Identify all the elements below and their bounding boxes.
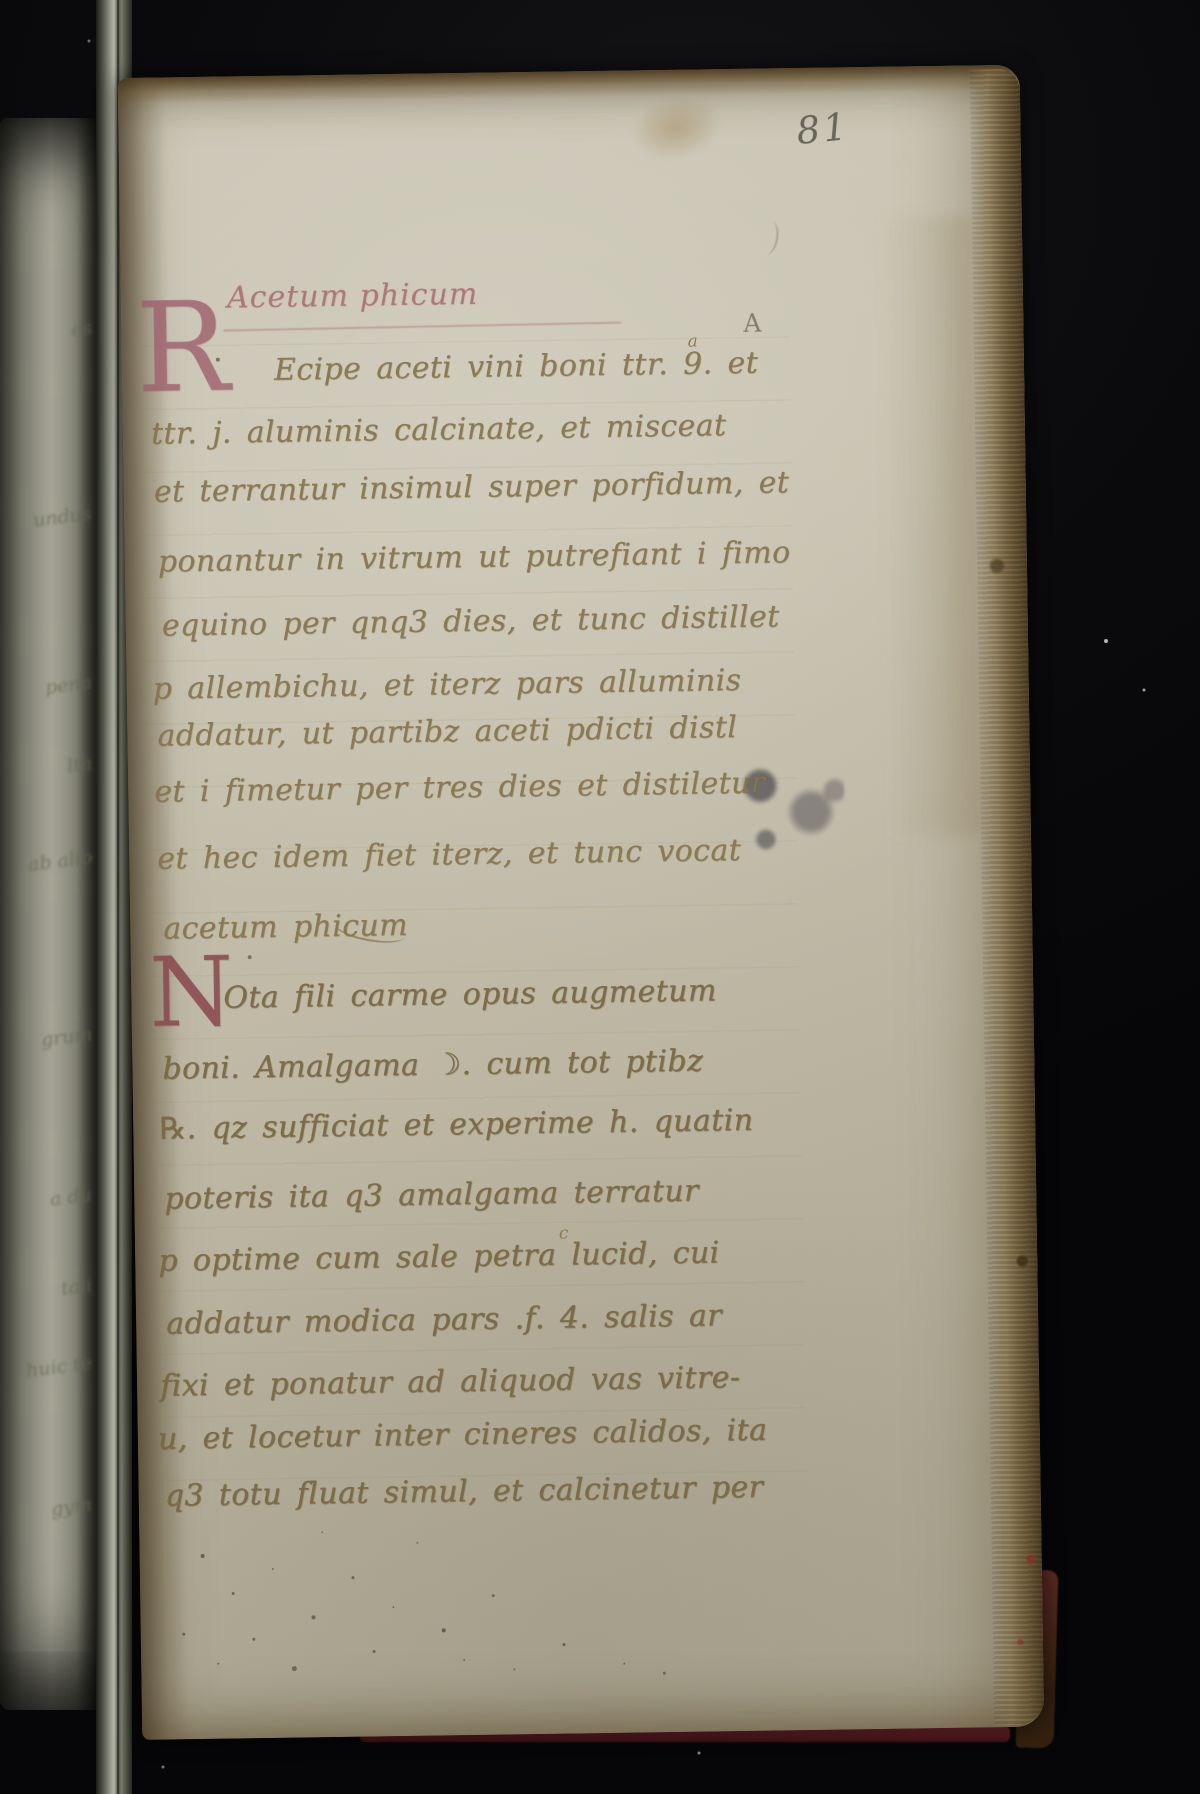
text-line: addatur modica pars .f. 4. salis ar [166, 1301, 722, 1339]
facing-page-text-fragment: pena [44, 671, 93, 699]
margin-letter: A [743, 309, 761, 338]
dust-specks [0, 0, 2, 2]
manuscript-photo: es undus pena lta ab alio grum a du tali… [0, 0, 1200, 1794]
text-line: ttr. j. aluminis calcinate, et misceat [151, 411, 727, 450]
stain [625, 86, 729, 169]
superscript-abbreviation: a [687, 332, 697, 352]
text-line: p allembichu, et iterz pars alluminis [153, 666, 742, 705]
text-line: et i fimetur per tres dies et distiletur [154, 769, 766, 808]
superscript-abbreviation: c [559, 1224, 569, 1244]
text-line: equino per qnq3 dies, et tunc distillet [162, 602, 780, 641]
pencil-mark [758, 219, 781, 255]
facing-page-text-fragment: undus [32, 503, 93, 532]
page-top-edge [118, 65, 1020, 104]
folio-number: 81 [794, 105, 851, 153]
text-line: fixi et ponatur ad aliquod vas vitre- [160, 1363, 741, 1402]
facing-page-text-fragment: huic te [25, 1352, 93, 1382]
text-line: boni. Amalgama ☽. cum tot ptibz [162, 1047, 703, 1085]
facing-page-text-fragment: a du [49, 1184, 93, 1211]
rubric-underline [223, 322, 621, 332]
rubricated-initial-r: R [135, 292, 230, 405]
text-line: u, et locetur inter cineres calidos, ita [158, 1416, 768, 1455]
text-line: Ota fili carme opus augmetum [223, 976, 717, 1013]
manuscript-page: 81 A Acetum phicum R N Ecipe aceti vini … [118, 65, 1045, 1740]
rubricated-initial-n: N [149, 948, 234, 1036]
facing-page-text-fragment: grum [39, 1023, 93, 1051]
text-line: addatur, ut partibz aceti pdicti distl [157, 713, 737, 752]
rubric-title: Acetum phicum [227, 277, 479, 316]
fore-edge-leaves [970, 69, 1045, 1726]
facing-page-text-fragment: lta [66, 753, 94, 778]
text-line: p optime cum sale petra lucid, cui [158, 1238, 720, 1276]
speckles [118, 78, 120, 80]
edge-stain [878, 215, 982, 836]
facing-page-text-fragment: gym [50, 1494, 93, 1521]
facing-page-sliver: es undus pena lta ab alio grum a du tali… [0, 118, 98, 1710]
facing-page-text-fragment: tali [60, 1274, 94, 1300]
facing-page-text-fragment: es [70, 317, 94, 341]
text-line: et hec idem fiet iterz, et tunc vocat [157, 836, 741, 875]
text-line: poteris ita q3 amalgama terratur [164, 1177, 699, 1215]
text-line: ℞. qz sufficiat et experime h. quatin [159, 1106, 754, 1145]
text-line: Ecipe aceti vini boni ttr. 9. et [274, 349, 759, 386]
facing-page-text-fragment: ab alio [26, 846, 93, 876]
text-line: q3 totu fluat simul, et calcinetur per [164, 1473, 763, 1512]
